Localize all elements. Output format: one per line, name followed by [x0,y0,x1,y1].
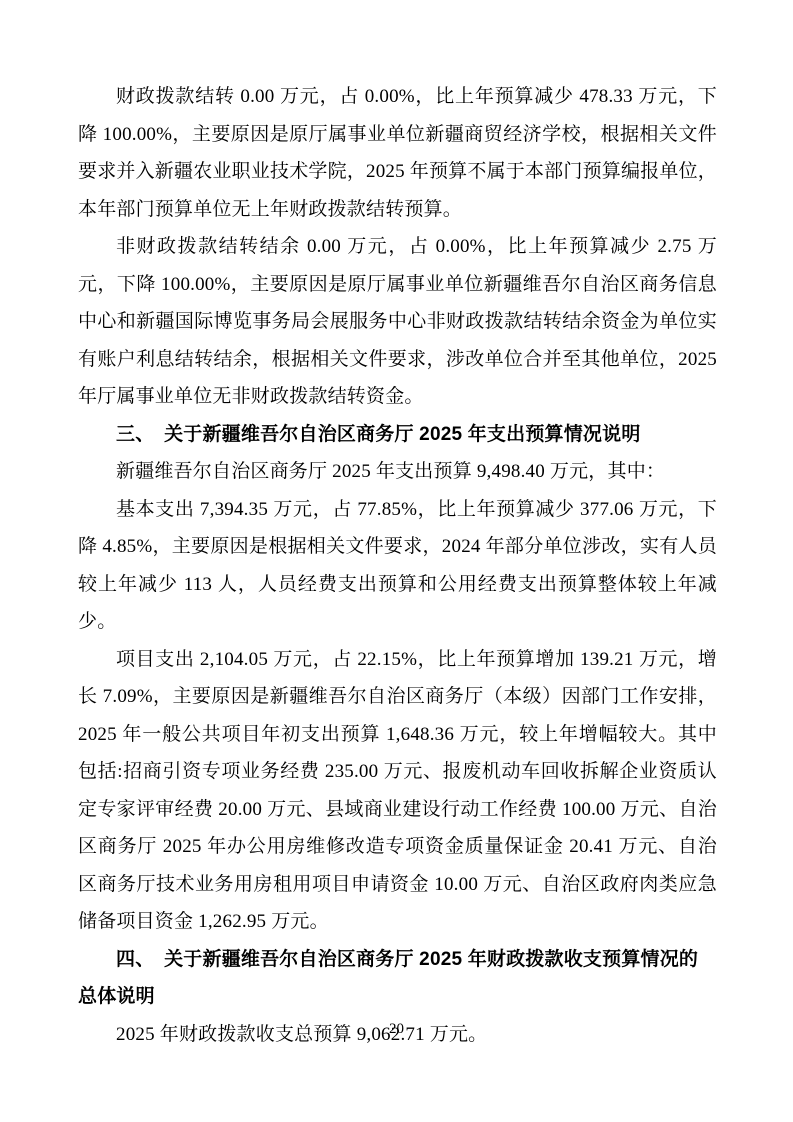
paragraph-expenditure-total: 新疆维吾尔自治区商务厅 2025 年支出预算 9,498.40 万元，其中： [78,453,717,491]
paragraph-basic-expenditure: 基本支出 7,394.35 万元，占 77.85%，比上年预算减少 377.06… [78,491,717,641]
paragraph-nonfiscal-carryover-balance: 非财政拨款结转结余 0.00 万元，占 0.00%，比上年预算减少 2.75 万… [78,228,717,416]
paragraph-fiscal-carryover: 财政拨款结转 0.00 万元，占 0.00%，比上年预算减少 478.33 万元… [78,78,717,228]
document-body: 财政拨款结转 0.00 万元，占 0.00%，比上年预算减少 478.33 万元… [78,78,717,1053]
page-number: 20 [0,1021,793,1038]
section-heading-fiscal-appropriation-overview: 四、 关于新疆维吾尔自治区商务厅 2025 年财政拨款收支预算情况的总体说明 [78,941,717,1016]
document-page: 财政拨款结转 0.00 万元，占 0.00%，比上年预算减少 478.33 万元… [0,0,793,1122]
section-heading-expenditure-budget: 三、 关于新疆维吾尔自治区商务厅 2025 年支出预算情况说明 [78,416,717,454]
paragraph-project-expenditure: 项目支出 2,104.05 万元，占 22.15%，比上年预算增加 139.21… [78,641,717,941]
